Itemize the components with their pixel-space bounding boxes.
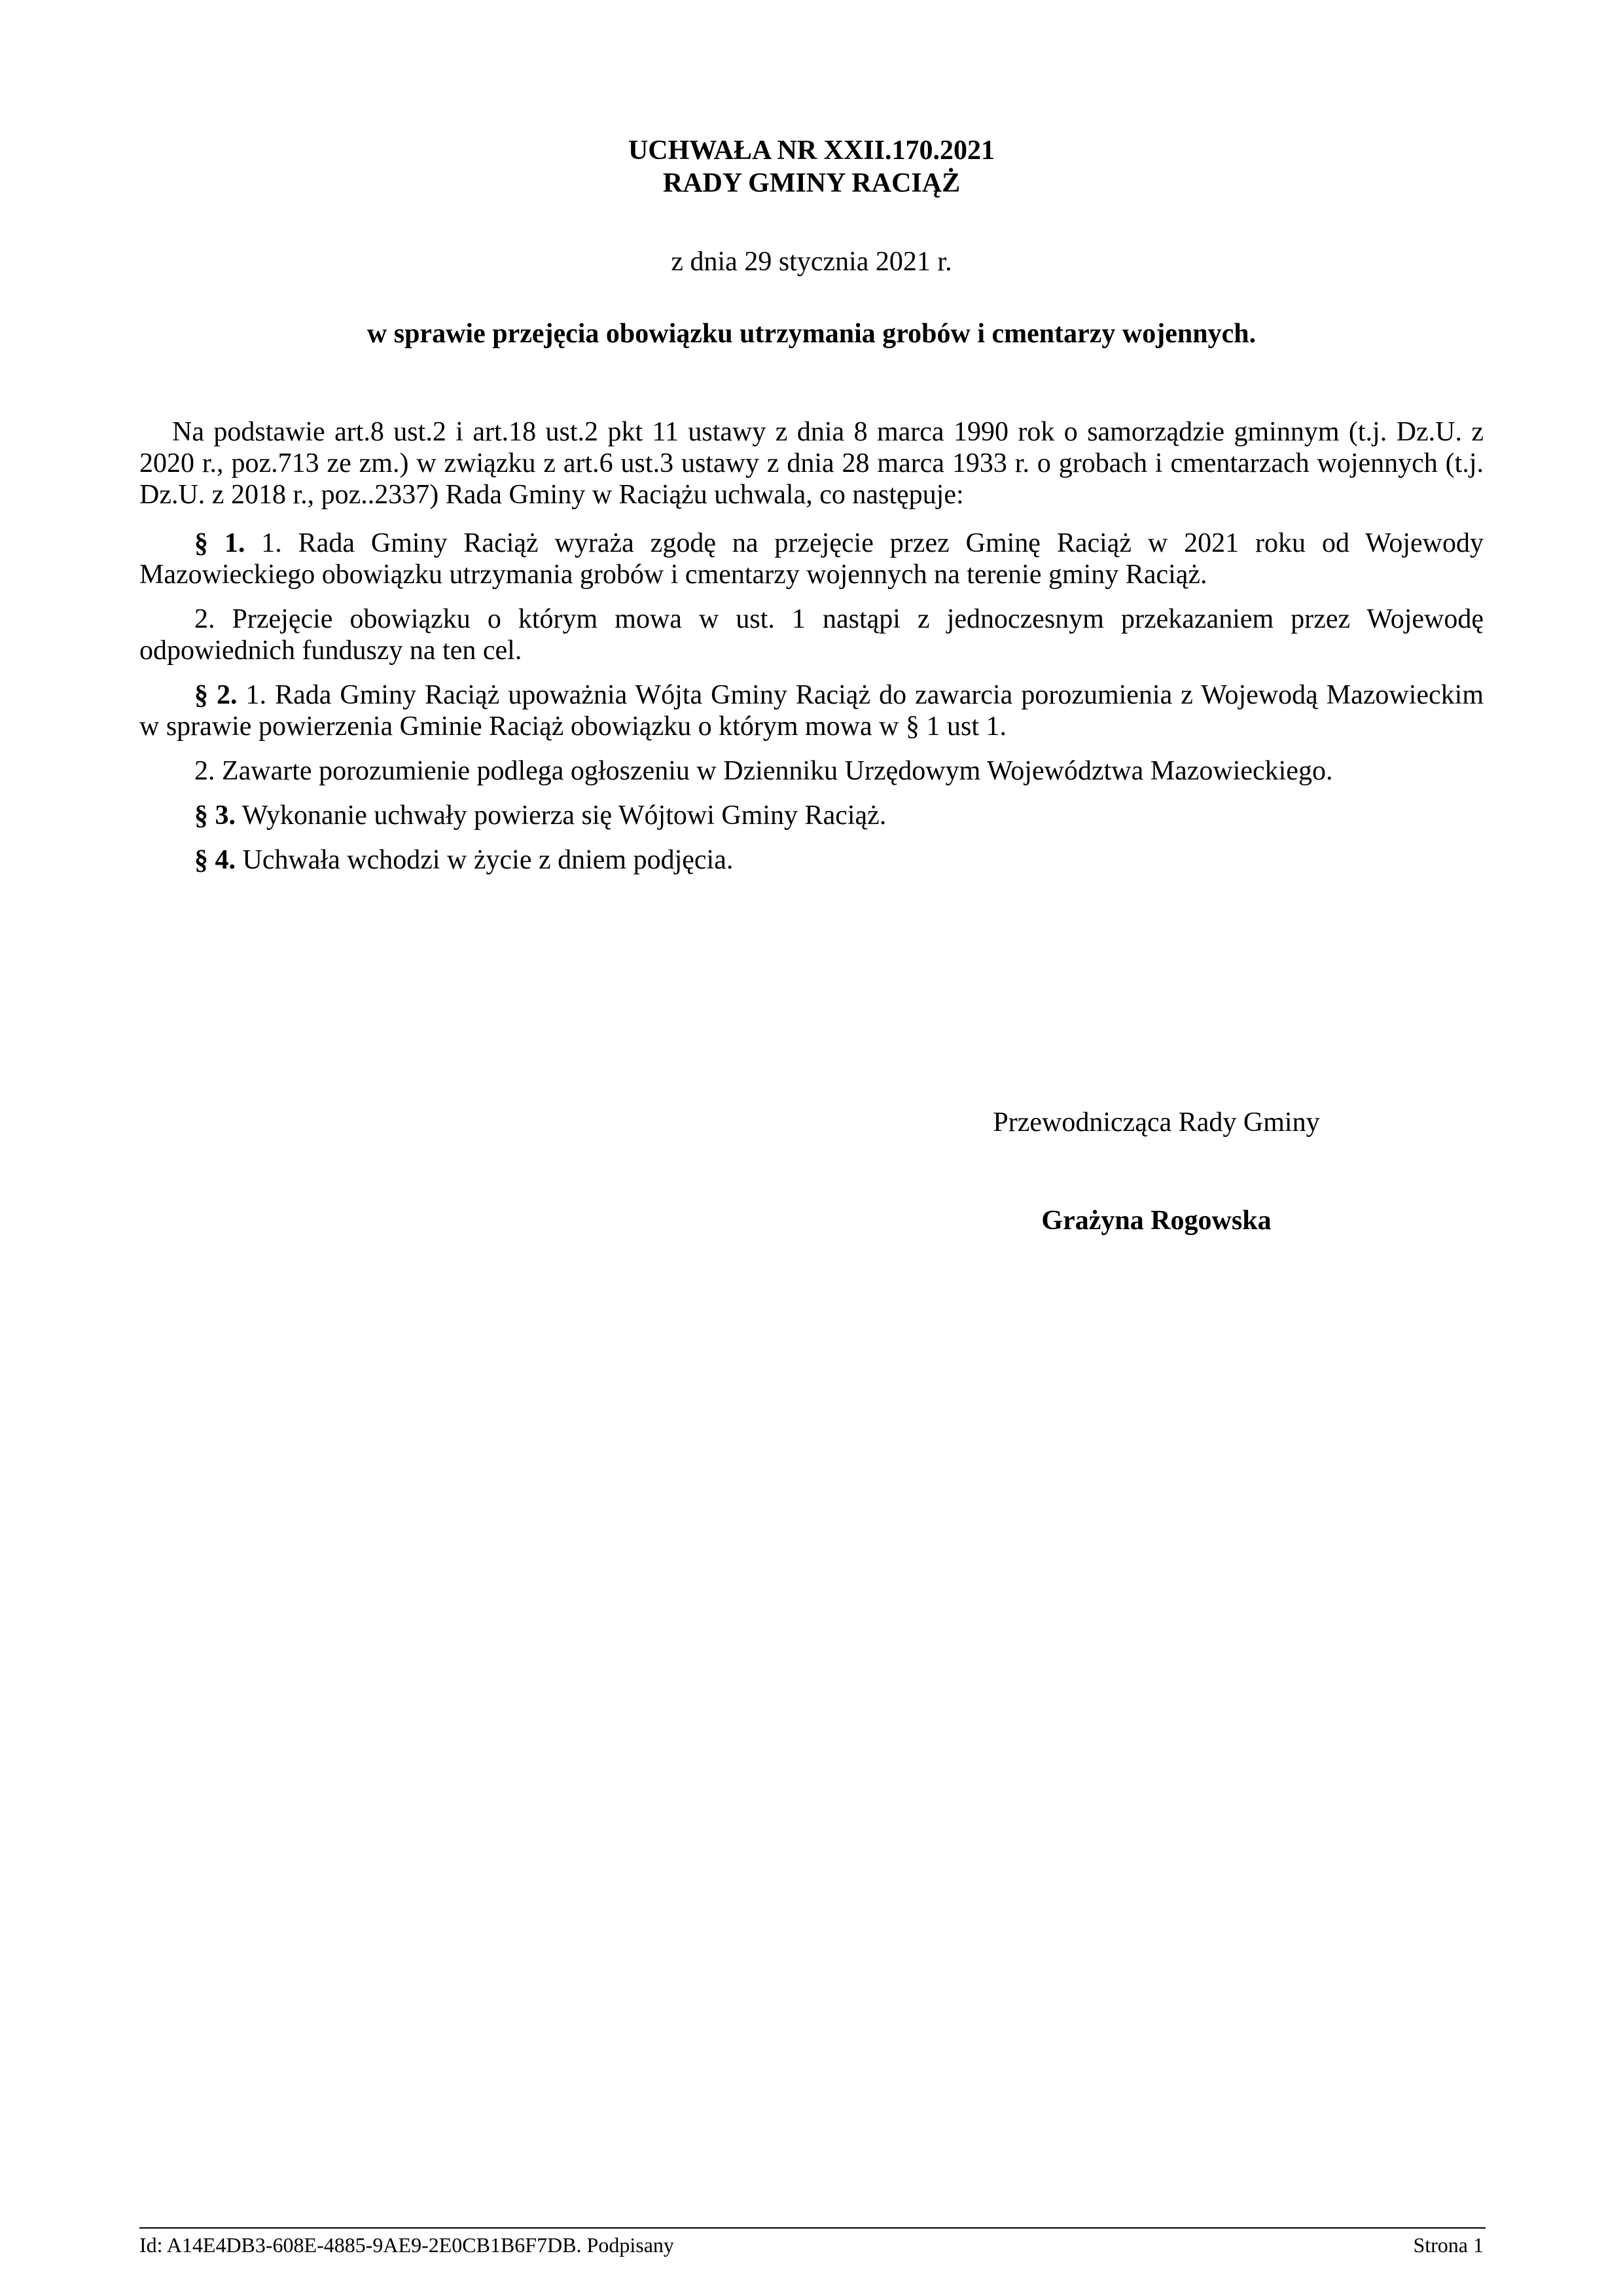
section-marker: § 2. [194,680,238,710]
resolution-date: z dnia 29 stycznia 2021 r. [139,245,1484,278]
signatory-name: Grażyna Rogowska [973,1204,1340,1237]
paragraph-text: Uchwała wchodzi w życie z dniem podjęcia… [236,845,733,875]
paragraph-text: 1. Rada Gminy Raciąż wyraża zgodę na prz… [139,528,1484,590]
page-number: Strona 1 [1413,2232,1484,2258]
resolution-subject: w sprawie przejęcia obowiązku utrzymania… [139,317,1484,350]
paragraph-1-2: 2. Przejęcie obowiązku o którym mowa w u… [139,603,1484,666]
section-marker: § 3. [194,800,236,831]
paragraph-2-1: § 2. 1. Rada Gminy Raciąż upoważnia Wójt… [139,679,1484,742]
paragraph-text: Wykonanie uchwały powierza się Wójtowi G… [236,800,886,831]
paragraph-2-2: 2. Zawarte porozumienie podlega ogłoszen… [139,755,1484,787]
paragraph-text: 1. Rada Gminy Raciąż upoważnia Wójta Gmi… [139,680,1484,742]
resolution-body: Na podstawie art.8 ust.2 i art.18 ust.2 … [139,416,1484,889]
document-id: Id: A14E4DB3-608E-4885-9AE9-2E0CB1B6F7DB… [139,2232,674,2258]
signature-block: Przewodnicząca Rady Gminy Grażyna Rogows… [973,1106,1340,1237]
resolution-title: UCHWAŁA NR XXII.170.2021 RADY GMINY RACI… [139,134,1484,200]
preamble: Na podstawie art.8 ust.2 i art.18 ust.2 … [139,416,1484,511]
page-footer: Id: A14E4DB3-608E-4885-9AE9-2E0CB1B6F7DB… [139,2232,1484,2258]
signatory-role: Przewodnicząca Rady Gminy [973,1106,1340,1139]
paragraph-4: § 4. Uchwała wchodzi w życie z dniem pod… [139,844,1484,876]
footer-divider [139,2227,1486,2229]
section-marker: § 4. [194,845,236,875]
paragraph-text: 2. Przejęcie obowiązku o którym mowa w u… [139,604,1484,666]
paragraph-1-1: § 1. 1. Rada Gminy Raciąż wyraża zgodę n… [139,528,1484,590]
title-council: RADY GMINY RACIĄŻ [139,167,1484,200]
title-number: UCHWAŁA NR XXII.170.2021 [139,134,1484,167]
paragraph-text: 2. Zawarte porozumienie podlega ogłoszen… [194,756,1332,786]
section-marker: § 1. [194,528,245,558]
paragraph-3: § 3. Wykonanie uchwały powierza się Wójt… [139,800,1484,831]
